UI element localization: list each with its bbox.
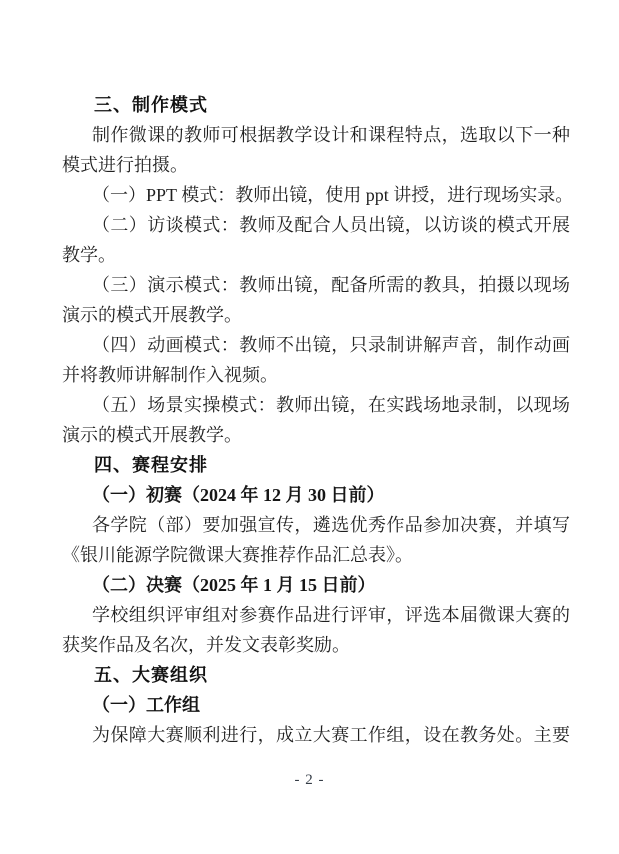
paragraph-line: （四）动画模式：教师不出镜，只录制讲解声音，制作动画: [62, 330, 570, 360]
paragraph-line: （一）PPT 模式：教师出镜，使用 ppt 讲授，进行现场实录。: [62, 180, 570, 210]
subsection-heading: （二）决赛（2025 年 1 月 15 日前）: [62, 570, 570, 600]
paragraph-line: 演示的模式开展教学。: [62, 420, 570, 450]
paragraph-line: 获奖作品及名次，并发文表彰奖励。: [62, 630, 570, 660]
paragraph-line: 各学院（部）要加强宣传，遴选优秀作品参加决赛，并填写: [62, 510, 570, 540]
section-heading: 五、大赛组织: [62, 660, 570, 690]
paragraph-line: 教学。: [62, 240, 570, 270]
paragraph-line: （三）演示模式：教师出镜，配备所需的教具，拍摄以现场: [62, 270, 570, 300]
page-number: - 2 -: [0, 769, 619, 791]
subsection-heading: （一）工作组: [62, 690, 570, 720]
paragraph-line: 演示的模式开展教学。: [62, 300, 570, 330]
document-body: 三、制作模式制作微课的教师可根据教学设计和课程特点，选取以下一种模式进行拍摄。（…: [62, 90, 570, 750]
paragraph-line: 《银川能源学院微课大赛推荐作品汇总表》。: [62, 540, 570, 570]
subsection-heading: （一）初赛（2024 年 12 月 30 日前）: [62, 480, 570, 510]
paragraph-line: （二）访谈模式：教师及配合人员出镜，以访谈的模式开展: [62, 210, 570, 240]
paragraph-line: 并将教师讲解制作入视频。: [62, 360, 570, 390]
paragraph-line: （五）场景实操模式：教师出镜，在实践场地录制，以现场: [62, 390, 570, 420]
paragraph-line: 模式进行拍摄。: [62, 150, 570, 180]
section-heading: 四、赛程安排: [62, 450, 570, 480]
paragraph-line: 学校组织评审组对参赛作品进行评审，评选本届微课大赛的: [62, 600, 570, 630]
document-page: 三、制作模式制作微课的教师可根据教学设计和课程特点，选取以下一种模式进行拍摄。（…: [0, 0, 619, 854]
paragraph-line: 为保障大赛顺利进行，成立大赛工作组，设在教务处。主要: [62, 720, 570, 750]
paragraph-line: 制作微课的教师可根据教学设计和课程特点，选取以下一种: [62, 120, 570, 150]
section-heading: 三、制作模式: [62, 90, 570, 120]
